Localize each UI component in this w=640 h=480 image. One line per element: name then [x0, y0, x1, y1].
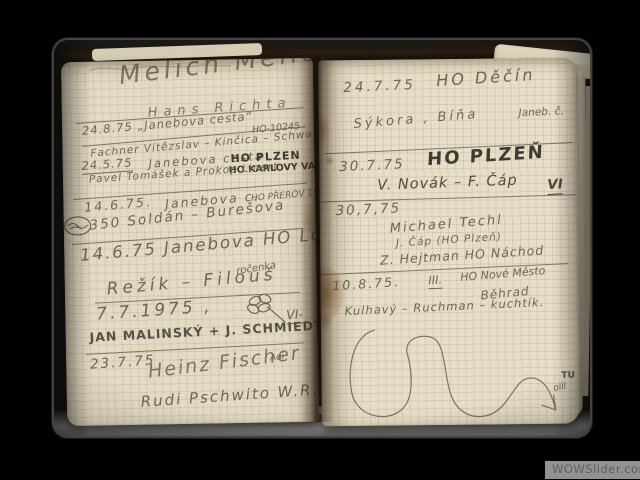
stain [318, 114, 331, 146]
page-edge-note: TU [561, 372, 575, 381]
entry-date: 30,7,75 [335, 202, 401, 218]
wave-doodle [341, 320, 574, 426]
entry-names: Kulhavý – Ruchman – kuchtík. [344, 297, 544, 318]
entry-date-route: 14.6.75 Janebova HO Lok [80, 226, 320, 265]
entry-grade: VI [547, 178, 563, 194]
entry-grade: III. [428, 275, 442, 289]
entry-date: 23.7.75 [90, 354, 156, 372]
entry-date: 30.7.75 [339, 158, 405, 174]
right-page: 24.7.75 HO Děčín Janeb. č. Sýkora , Bíňa… [318, 58, 580, 427]
entry-club: HO PLZEŇ [427, 144, 545, 169]
slider-stage: Melich Melich Hans Richta 24.8.75 „Janeb… [0, 0, 640, 480]
entry-date: 10.8.75. [332, 276, 400, 293]
entry-route: Janeb. č. [518, 106, 564, 119]
entry-names: Sýkora , Bíňa [353, 108, 479, 131]
entry-date: 24.7.75 [343, 79, 416, 96]
entry-signature: Melich Melich [118, 58, 320, 88]
stain [325, 156, 334, 165]
stain [318, 312, 333, 330]
entry-names: JAN MALINSKÝ + J. SCHMIEDT [89, 320, 319, 345]
entry-names: V. Novák – F. Čáp [377, 174, 518, 194]
slider-photo-notebook[interactable]: Melich Melich Hans Richta 24.8.75 „Janeb… [52, 38, 592, 438]
entry-signature: Rudi Pschwito W.R. [140, 382, 319, 409]
left-page: Melich Melich Hans Richta 24.8.75 „Janeb… [61, 58, 319, 426]
entry-club: HO Děčín [436, 67, 536, 89]
watermark-link[interactable]: WOWSlider.com [545, 461, 640, 479]
